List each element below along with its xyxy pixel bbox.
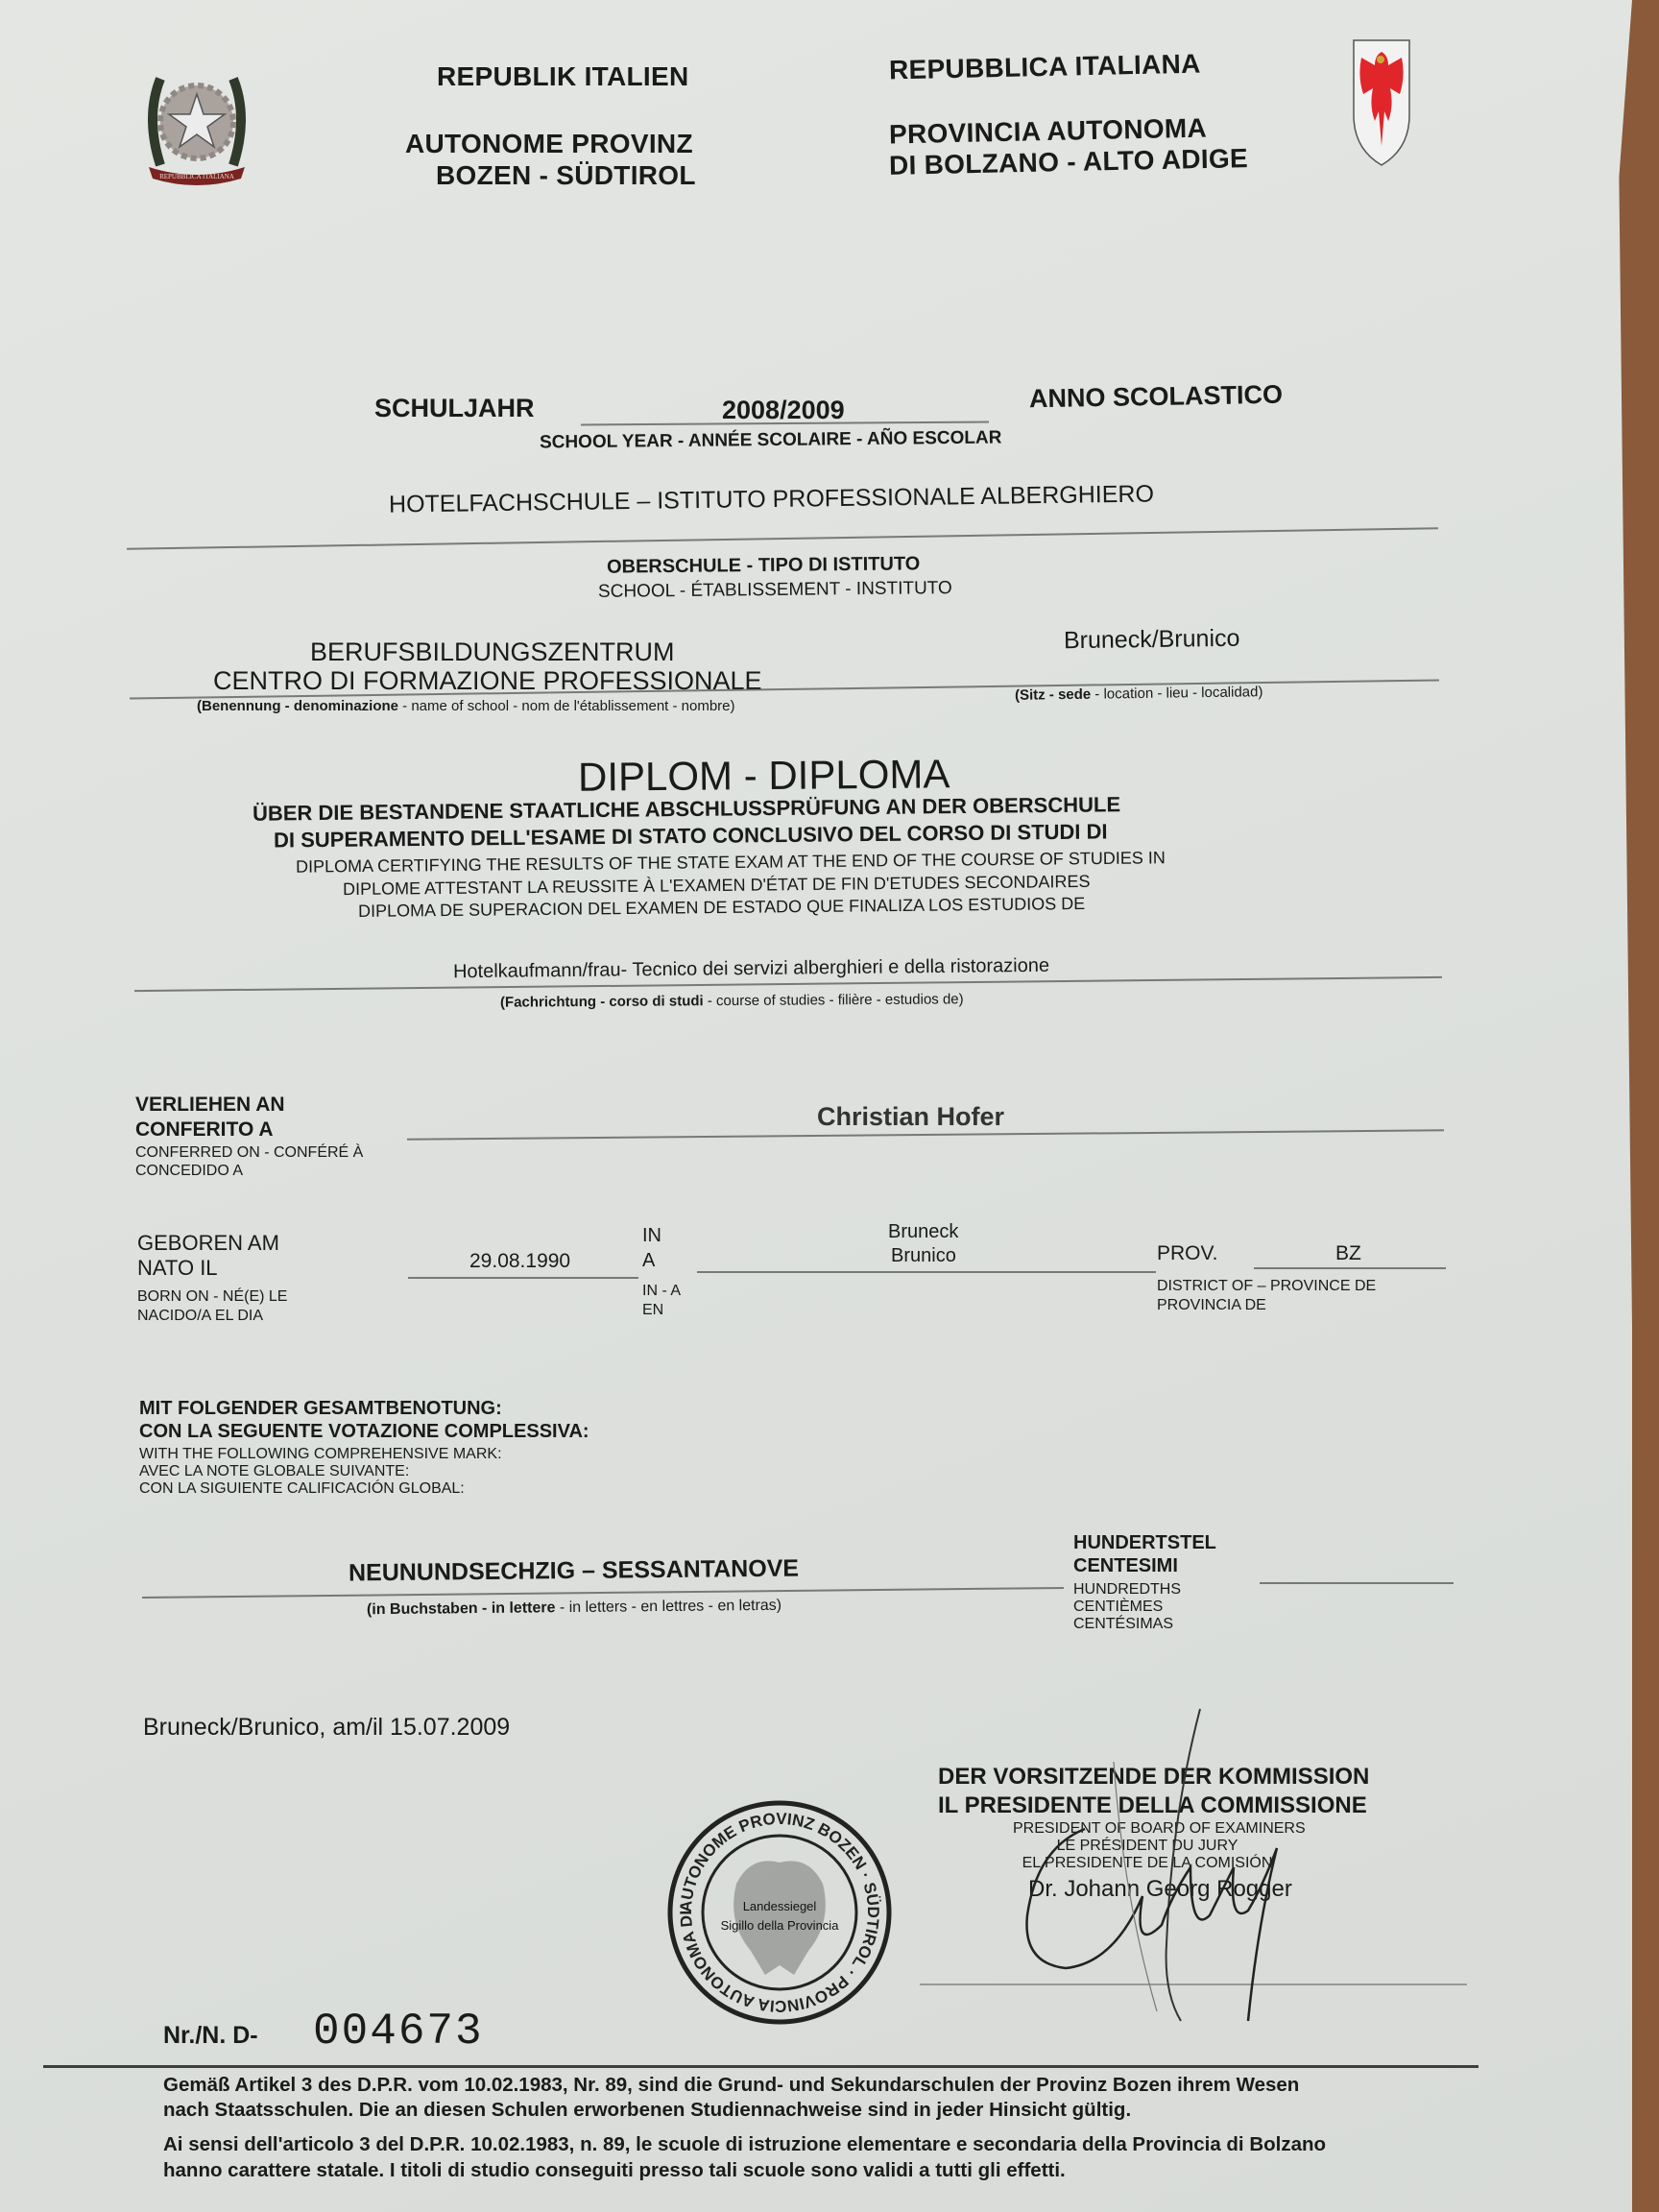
school-year-label-it: ANNO SCOLASTICO bbox=[1029, 380, 1284, 415]
school-location-value: Bruneck/Brunico bbox=[1064, 625, 1240, 656]
school-name-caption: (Benennung - denominazione - name of sch… bbox=[197, 698, 735, 714]
course-value: Hotelkaufmann/frau- Tecnico dei servizi … bbox=[453, 955, 1049, 984]
footer-de-line2: nach Staatsschulen. Die an diesen Schule… bbox=[163, 2099, 1131, 2122]
school-type-label: OBERSCHULE - TIPO DI ISTITUTO bbox=[607, 553, 921, 578]
footer-it-line1: Ai sensi dell'articolo 3 del D.P.R. 10.0… bbox=[163, 2133, 1326, 2156]
footer-divider bbox=[43, 2065, 1479, 2068]
conferred-label-other1: CONFERRED ON - CONFÉRÉ À bbox=[135, 1143, 363, 1163]
recipient-name: Christian Hofer bbox=[817, 1102, 1004, 1132]
header-left-line3: BOZEN - SÜDTIROL bbox=[436, 160, 696, 191]
grade-words-caption-rest: - in letters - en lettres - en letras) bbox=[555, 1598, 781, 1616]
grade-label-de: MIT FOLGENDER GESAMTBENOTUNG: bbox=[139, 1398, 502, 1420]
place-date: Bruneck/Brunico, am/il 15.07.2009 bbox=[143, 1714, 510, 1742]
hundredths-underline bbox=[1260, 1582, 1454, 1584]
grade-words-caption-bold: (in Buchstaben - in lettere bbox=[367, 1599, 556, 1618]
footer-de-line1: Gemäß Artikel 3 des D.P.R. vom 10.02.198… bbox=[163, 2074, 1299, 2097]
school-type-value: HOTELFACHSCHULE – ISTITUTO PROFESSIONALE… bbox=[389, 480, 1154, 518]
grade-words-caption: (in Buchstaben - in lettere - in letters… bbox=[367, 1598, 781, 1620]
birth-in-label4: EN bbox=[642, 1301, 663, 1320]
province-caption1: DISTRICT OF – PROVINCE DE bbox=[1157, 1277, 1376, 1296]
hundredths-label-es: CENTÉSIMAS bbox=[1073, 1615, 1173, 1634]
birth-label-it: NATO IL bbox=[137, 1256, 218, 1281]
province-seal-stamp-icon: AUTONOME PROVINZ BOZEN · SÜDTIROL · PROV… bbox=[664, 1797, 895, 2028]
school-type-caption: SCHOOL - ÉTABLISSEMENT - INSTITUTO bbox=[598, 578, 952, 603]
course-caption-rest: - course of studies - filière - estudios… bbox=[704, 991, 964, 1009]
diploma-title: DIPLOM - DIPLOMA bbox=[578, 751, 950, 800]
birth-place-line2: Brunico bbox=[891, 1245, 956, 1267]
grade-label-it: CON LA SEGUENTE VOTAZIONE COMPLESSIVA: bbox=[139, 1421, 589, 1443]
grade-label-en: WITH THE FOLLOWING COMPREHENSIVE MARK: bbox=[139, 1445, 502, 1464]
header-right-line3: DI BOLZANO - ALTO ADIGE bbox=[889, 143, 1249, 181]
header-left-line1: REPUBLIK ITALIEN bbox=[437, 61, 689, 92]
school-location-caption-rest: - location - lieu - localidad) bbox=[1091, 684, 1262, 703]
school-name-line1: BERUFSBILDUNGSZENTRUM bbox=[310, 637, 675, 667]
hundredths-label-en: HUNDREDTHS bbox=[1073, 1580, 1181, 1599]
school-location-caption-bold: (Sitz - sede bbox=[1015, 686, 1091, 704]
hundredths-label-it: CENTESIMI bbox=[1073, 1555, 1178, 1577]
svg-text:Landessiegel: Landessiegel bbox=[743, 1899, 817, 1913]
svg-text:REPUBBLICA ITALIANA: REPUBBLICA ITALIANA bbox=[159, 173, 234, 180]
province-underline bbox=[1254, 1267, 1446, 1269]
conferred-label-de: VERLIEHEN AN bbox=[135, 1094, 285, 1117]
grade-value-words: NEUNUNDSECHZIG – SESSANTANOVE bbox=[349, 1555, 799, 1588]
birth-label-other2: NACIDO/A EL DIA bbox=[137, 1307, 263, 1326]
birth-in-label1: IN bbox=[642, 1225, 661, 1247]
school-year-value: 2008/2009 bbox=[722, 396, 845, 425]
school-location-caption: (Sitz - sede - location - lieu - localid… bbox=[1015, 684, 1263, 704]
hundredths-label-fr: CENTIÈMES bbox=[1073, 1598, 1163, 1617]
birth-date-underline bbox=[408, 1277, 638, 1279]
province-caption2: PROVINCIA DE bbox=[1157, 1296, 1266, 1315]
school-year-caption: SCHOOL YEAR - ANNÉE SCOLAIRE - AÑO ESCOL… bbox=[540, 427, 1002, 453]
grade-label-es: CON LA SIGUIENTE CALIFICACIÓN GLOBAL: bbox=[139, 1479, 465, 1499]
school-year-label-de: SCHULJAHR bbox=[374, 394, 535, 423]
province-label: PROV. bbox=[1157, 1242, 1217, 1265]
svg-text:Sigillo della Provincia: Sigillo della Provincia bbox=[721, 1918, 840, 1933]
birth-date-value: 29.08.1990 bbox=[469, 1250, 570, 1273]
president-signature-icon bbox=[998, 1704, 1325, 2031]
grade-words-underline bbox=[142, 1587, 1064, 1599]
school-name-caption-bold: (Benennung - denominazione bbox=[197, 698, 398, 714]
diploma-number-value: 004673 bbox=[313, 2007, 484, 2056]
birth-label-de: GEBOREN AM bbox=[137, 1231, 279, 1256]
diploma-document: REPUBBLICA ITALIANA REPUBLIK ITALIEN AUT… bbox=[0, 0, 1632, 2212]
conferred-label-other2: CONCEDIDO A bbox=[135, 1162, 243, 1181]
footer-it-line2: hanno carattere statale. I titoli di stu… bbox=[163, 2159, 1066, 2182]
school-type-underline bbox=[127, 527, 1438, 549]
diploma-number-label: Nr./N. D- bbox=[163, 2022, 258, 2050]
grade-label-fr: AVEC LA NOTE GLOBALE SUIVANTE: bbox=[139, 1462, 409, 1481]
south-tyrol-eagle-shield-icon bbox=[1352, 38, 1411, 167]
birth-place-underline bbox=[697, 1271, 1156, 1273]
hundredths-label-de: HUNDERTSTEL bbox=[1073, 1532, 1216, 1554]
birth-label-other1: BORN ON - NÉ(E) LE bbox=[137, 1287, 287, 1307]
birth-place-line1: Bruneck bbox=[888, 1221, 958, 1243]
province-value: BZ bbox=[1335, 1242, 1361, 1265]
course-caption: (Fachrichtung - corso di studi - course … bbox=[500, 991, 964, 1010]
course-caption-bold: (Fachrichtung - corso di studi bbox=[500, 993, 704, 1010]
header-right-line1: REPUBBLICA ITALIANA bbox=[889, 49, 1201, 86]
conferred-label-it: CONFERITO A bbox=[135, 1118, 274, 1142]
birth-in-label3: IN - A bbox=[642, 1282, 681, 1301]
birth-in-label2: A bbox=[642, 1250, 655, 1272]
italian-republic-emblem-icon: REPUBBLICA ITALIANA bbox=[139, 60, 254, 194]
header-left-line2: AUTONOME PROVINZ bbox=[405, 129, 693, 159]
school-name-caption-rest: - name of school - nom de l'établissemen… bbox=[398, 698, 735, 714]
